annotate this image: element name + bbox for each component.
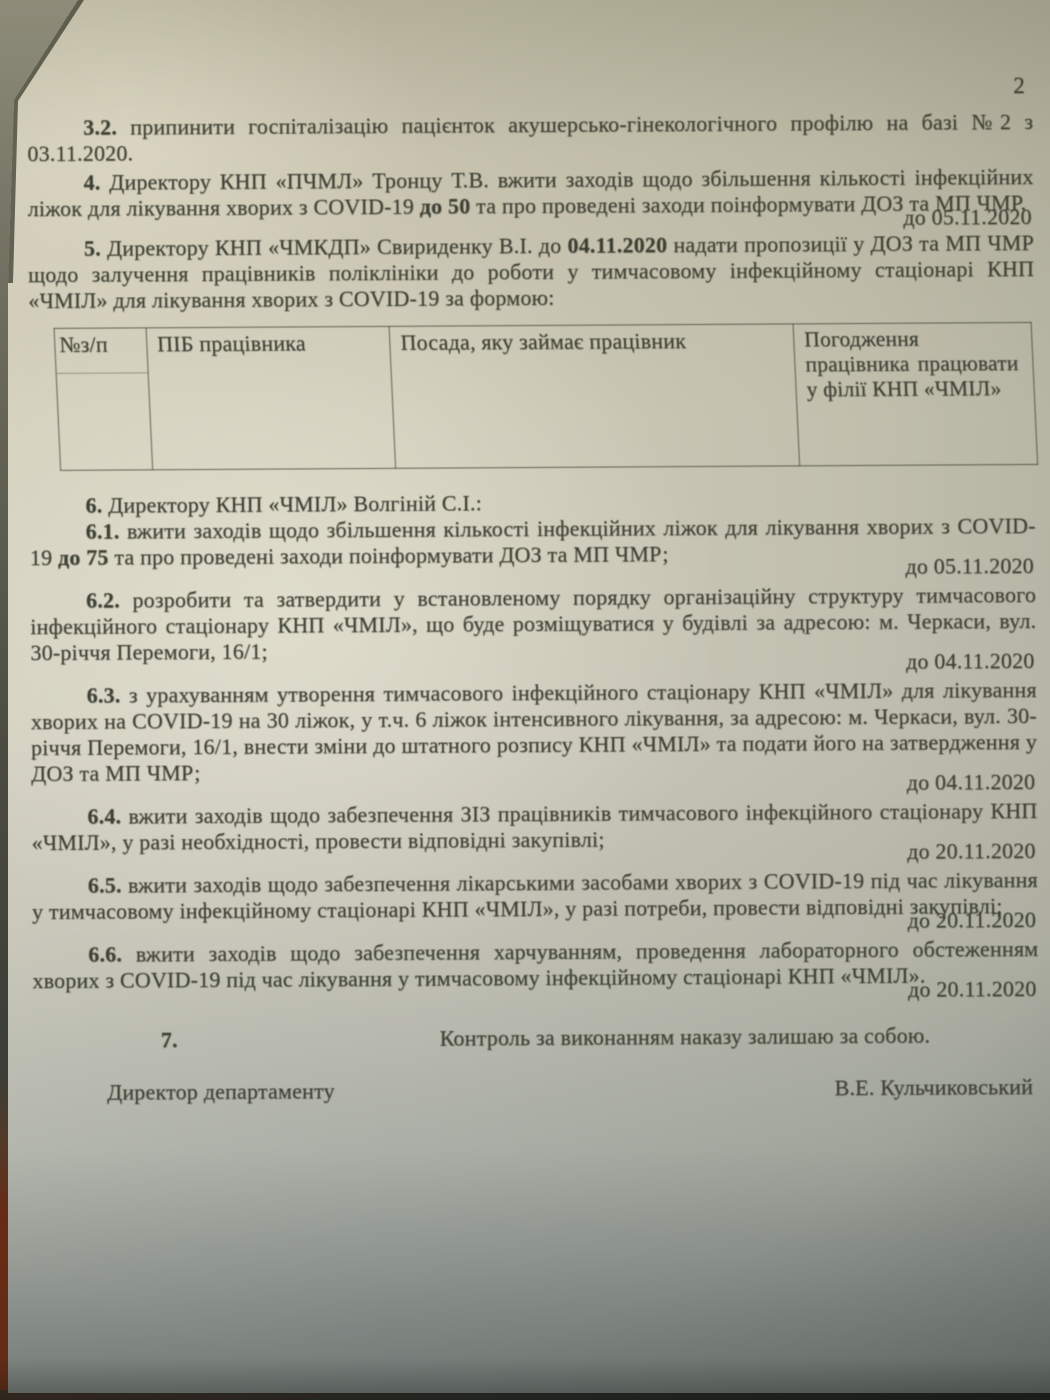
signatory-name: В.Е. Кульчиковський [834,1074,1033,1101]
paragraph-5-text-a: Директору КНП «ЧМКДП» Свириденку В.І. до [107,233,562,261]
proposal-form-table: №з/п ПІБ працівника Посада, яку займає п… [54,322,1039,471]
item-number-6-1: 6.1. [86,519,120,544]
item-number-4: 4. [83,170,100,195]
item-number-6-5: 6.5. [88,873,122,898]
scanned-document-photo: 2 3.2. припинити госпіталізацію пацієнто… [0,0,1050,1400]
paragraph-7: 7. Контроль за виконанням наказу залишаю… [33,1022,1039,1054]
paragraph-6-text: Директору КНП «ЧМІЛ» Волгіній С.І.: [108,490,482,517]
table-header-position: Посада, яку займає працівник [389,324,799,468]
paragraph-5-bold-date: 04.11.2020 [567,232,667,258]
paragraph-6-5: 6.5. вжити заходів щодо забезпечення лік… [32,867,1038,925]
document-content: 2 3.2. припинити госпіталізацію пацієнто… [27,61,1039,1106]
paragraph-6-1-bold-beds: до 75 [58,545,109,570]
table-header-name: ПІБ працівника [146,326,396,469]
item-number-6-6: 6.6. [88,942,122,967]
paragraph-5: 5. Директору КНП «ЧМКДП» Свириденку В.І.… [28,230,1034,314]
paragraph-6-1-text-c: та про проведені заходи поінформувати ДО… [114,541,668,569]
item-number-6-3: 6.3. [87,683,121,708]
item-number-6-2: 6.2. [86,588,120,613]
paragraph-6-5-text: вжити заходів щодо забезпечення лікарськ… [32,867,1038,924]
paragraph-6-6: 6.6. вжити заходів щодо забезпечення хар… [32,936,1038,994]
paragraph-4-bold-beds: до 50 [420,193,471,218]
item-number-6-4: 6.4. [87,804,121,829]
table-header-index: №з/п [54,328,152,471]
paragraph-3-2: 3.2. припинити госпіталізацію пацієнток … [27,109,1033,167]
item-number-6: 6. [85,493,102,518]
paragraph-3-2-text: припинити госпіталізацію пацієнток акуше… [27,109,1033,166]
item-number-3-2: 3.2. [83,115,117,140]
item-number-5: 5. [84,236,101,261]
table-header-row: №з/п ПІБ працівника Посада, яку займає п… [54,322,1038,470]
paragraph-4: 4. Директору КНП «ПЧМЛ» Тронцу Т.В. вжит… [27,164,1033,222]
control-statement: Контроль за виконанням наказу залишаю за… [440,1023,931,1052]
signatory-title: Директор департаменту [107,1078,335,1105]
item-number-7: 7. [161,1027,178,1053]
paragraph-6-6-text: вжити заходів щодо забезпечення харчуван… [32,936,1038,993]
page-number: 2 [27,73,1033,105]
table-header-consent: Погодження працівника працювати у філії … [793,322,1038,465]
